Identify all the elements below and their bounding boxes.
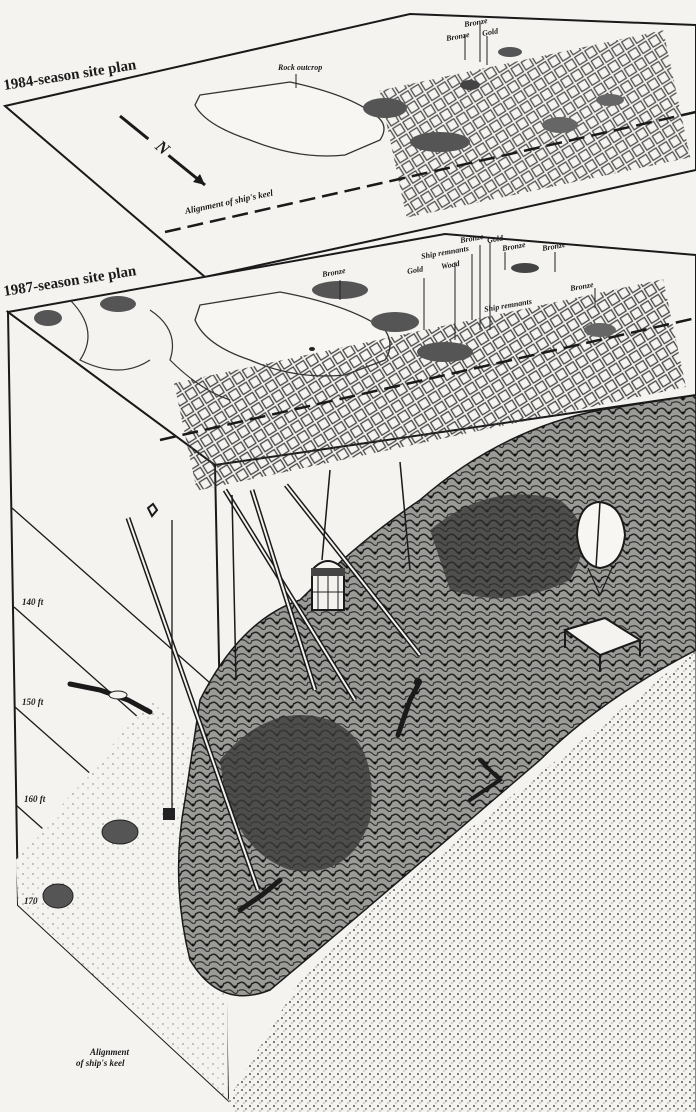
depth-170: 170	[24, 896, 38, 906]
label-keel-block-1: Alignment	[90, 1047, 129, 1057]
cage-basket	[311, 561, 345, 610]
label-rock-outcrop: Rock outcrop	[278, 63, 322, 72]
depth-160: 160 ft	[24, 794, 45, 804]
depth-140: 140 ft	[22, 597, 43, 607]
depth-150: 150 ft	[22, 697, 43, 707]
plan-1984	[5, 14, 696, 277]
label-keel-block-2: of ship's keel	[76, 1058, 125, 1068]
site-diagram	[0, 0, 696, 1112]
